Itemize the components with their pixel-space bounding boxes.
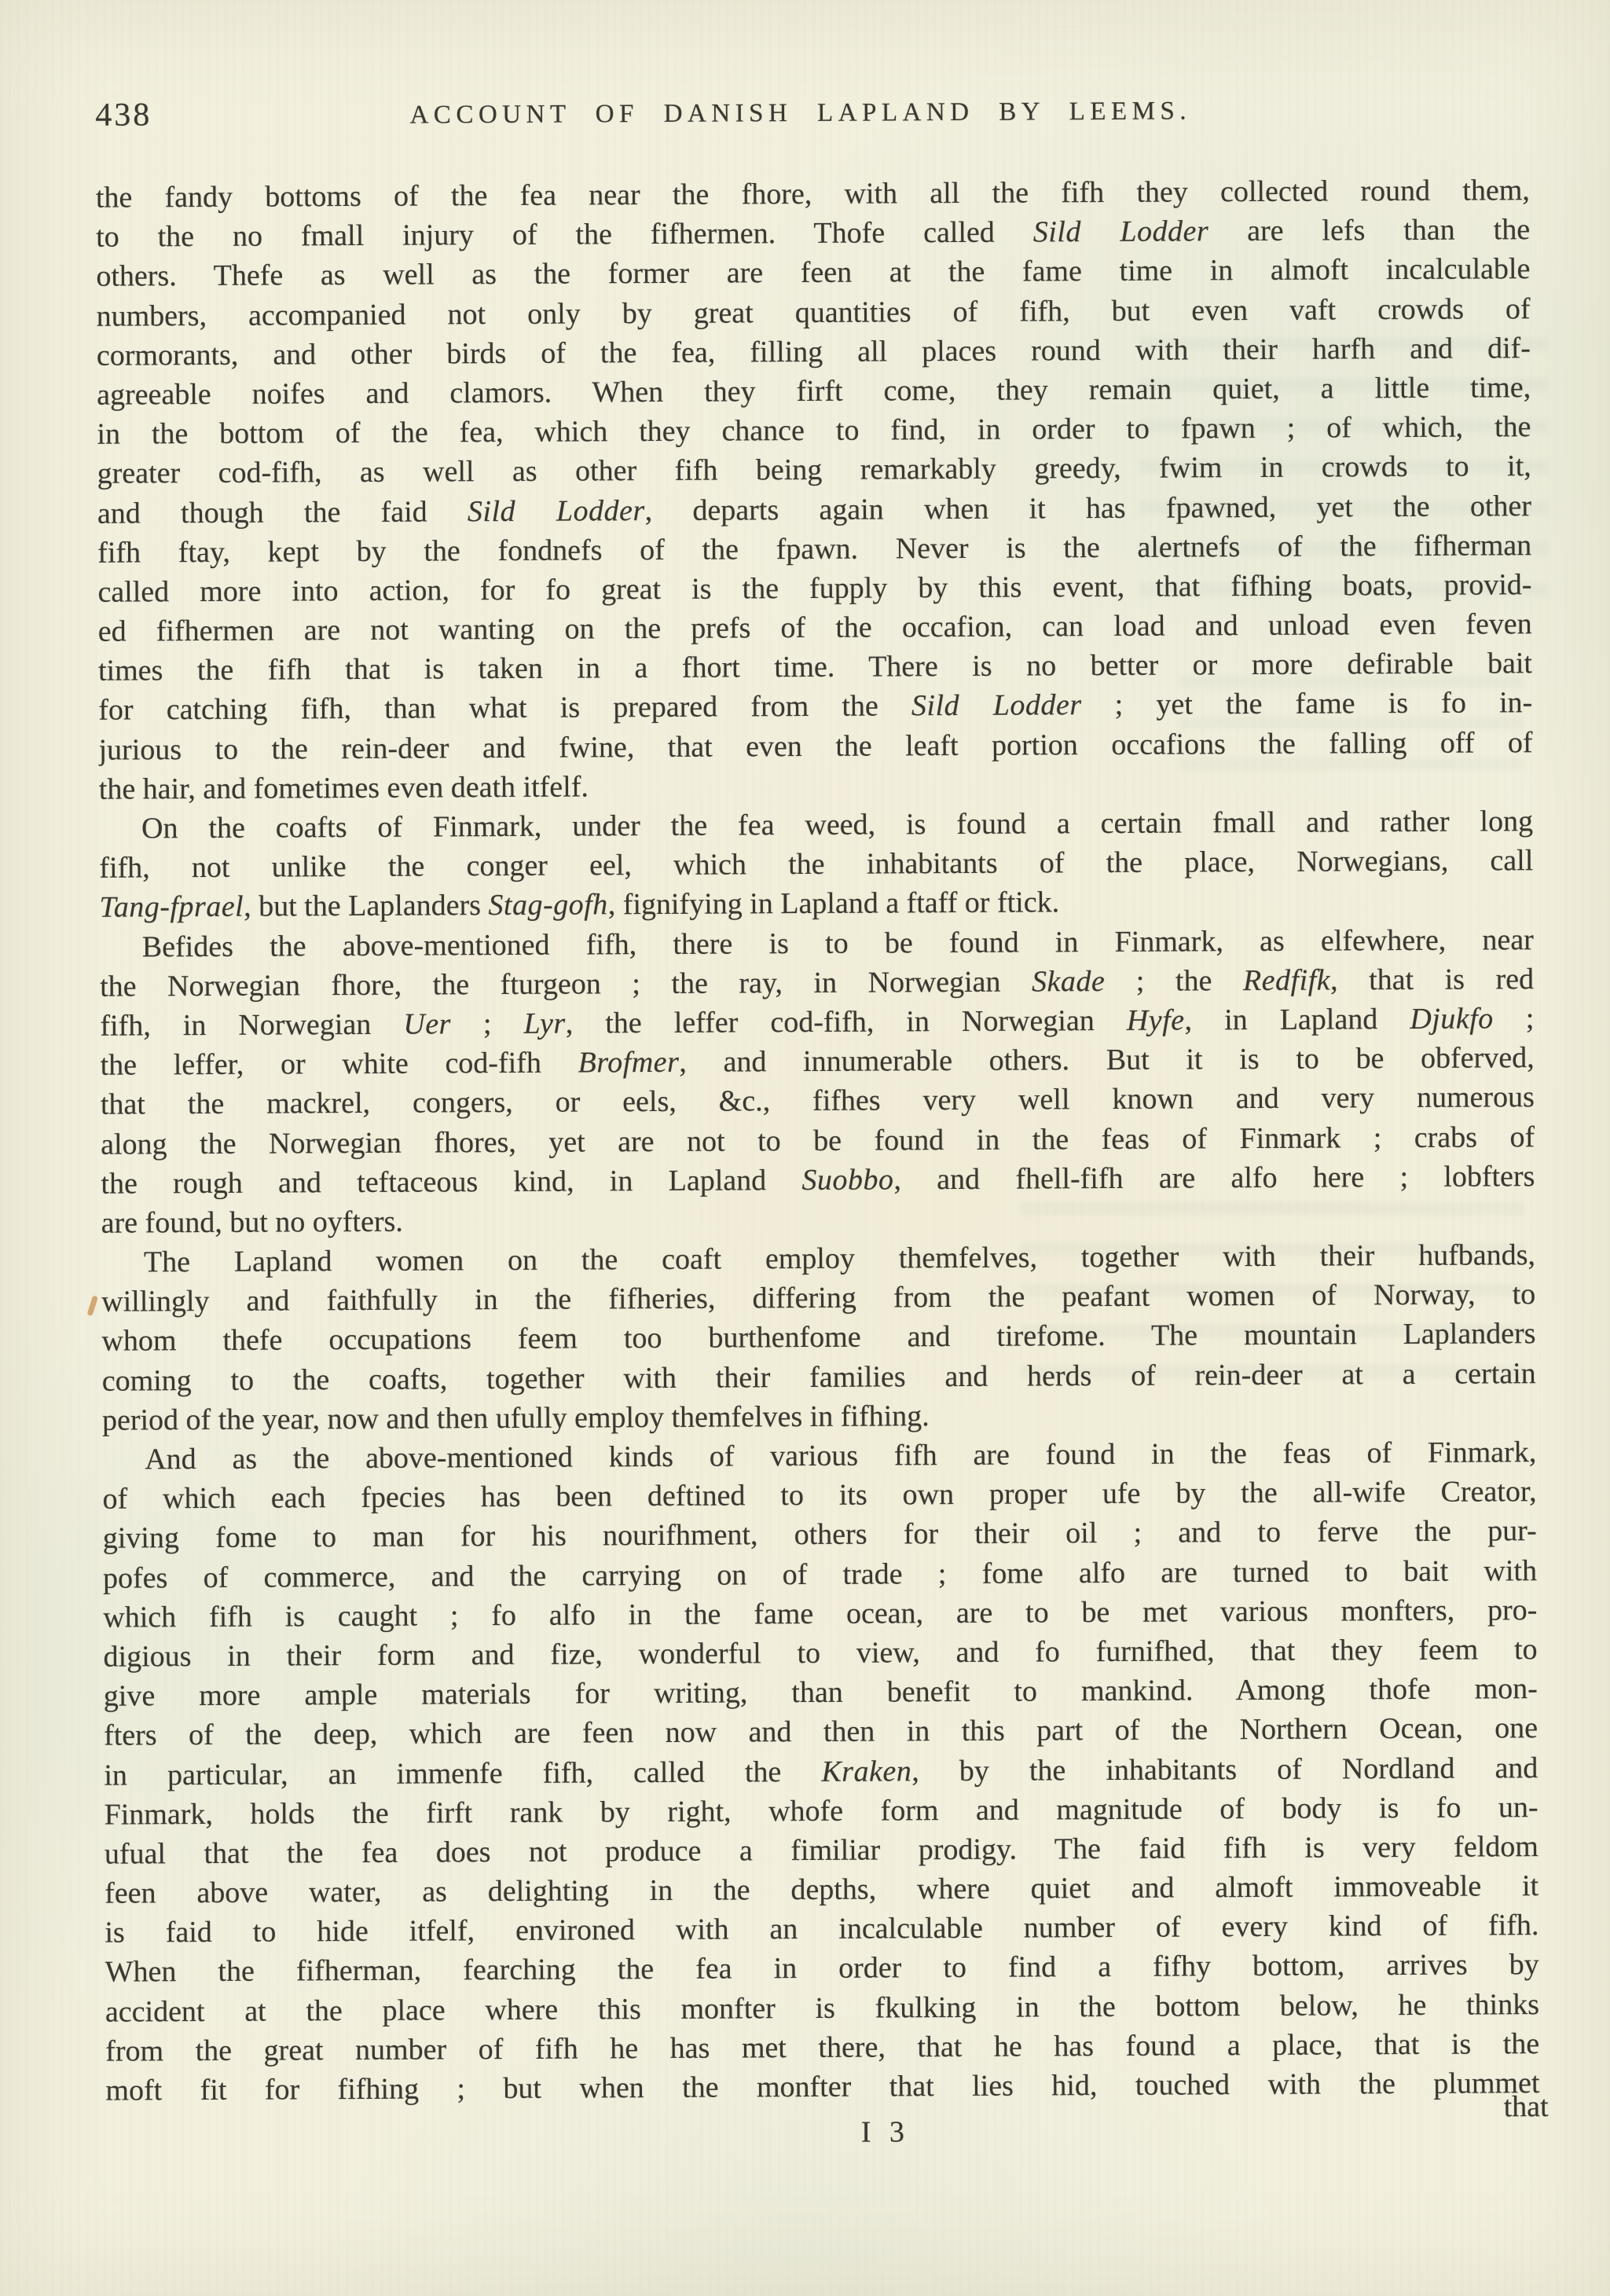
text-line: When the fifherman, fearching the fea in… [105,1946,1539,1993]
page-content: 438 ACCOUNT OF DANISH LAPLAND BY LEEMS. … [0,0,1610,2296]
text-line: greater cod-fifh, as well as other fifh … [97,446,1531,493]
text-line: jurious to the rein-deer and fwine, that… [98,723,1532,770]
text-line: whom thefe occupations feem too burthenf… [101,1315,1535,1362]
text-line: numbers, accompanied not only by great q… [97,289,1531,336]
text-line: fifh, not unlike the conger eel, which t… [99,841,1533,888]
text-line: fters of the deep, which are feen now an… [104,1708,1538,1755]
running-title: ACCOUNT OF DANISH LAPLAND BY LEEMS. [0,95,1605,133]
margin-mark [86,1295,98,1316]
text-line: and though the faid Sild Lodder, departs… [97,486,1531,534]
text-line: that the mackrel, congers, or eels, &c.,… [101,1077,1535,1124]
text-line: coming to the coafts, together with thei… [102,1354,1536,1401]
signature-mark: I 3 [861,2114,910,2149]
text-line: pofes of commerce, and the carrying on o… [103,1551,1537,1598]
text-line: for catching fifh, than what is prepared… [98,684,1532,731]
book-page-scan: 438 ACCOUNT OF DANISH LAPLAND BY LEEMS. … [0,0,1610,2296]
catchword: that [1504,2089,1549,2124]
body-text: the fandy bottoms of the fea near the fh… [96,171,1540,2111]
text-line: giving fome to man for his nourifhment, … [103,1512,1537,1559]
text-line: others. Thefe as well as the former are … [96,250,1530,297]
text-line: the rough and teftaceous kind, in Laplan… [101,1157,1535,1204]
text-line: accident at the place where this monfter… [105,1985,1539,2032]
text-line: in particular, an immenfe fifh, called t… [104,1748,1538,1795]
text-line: Befides the above-mentioned fifh, there … [100,920,1534,967]
text-line: along the Norwegian fhores, yet are not … [101,1117,1535,1165]
text-line: moft fit for fifhing ; but when the monf… [105,2063,1539,2111]
